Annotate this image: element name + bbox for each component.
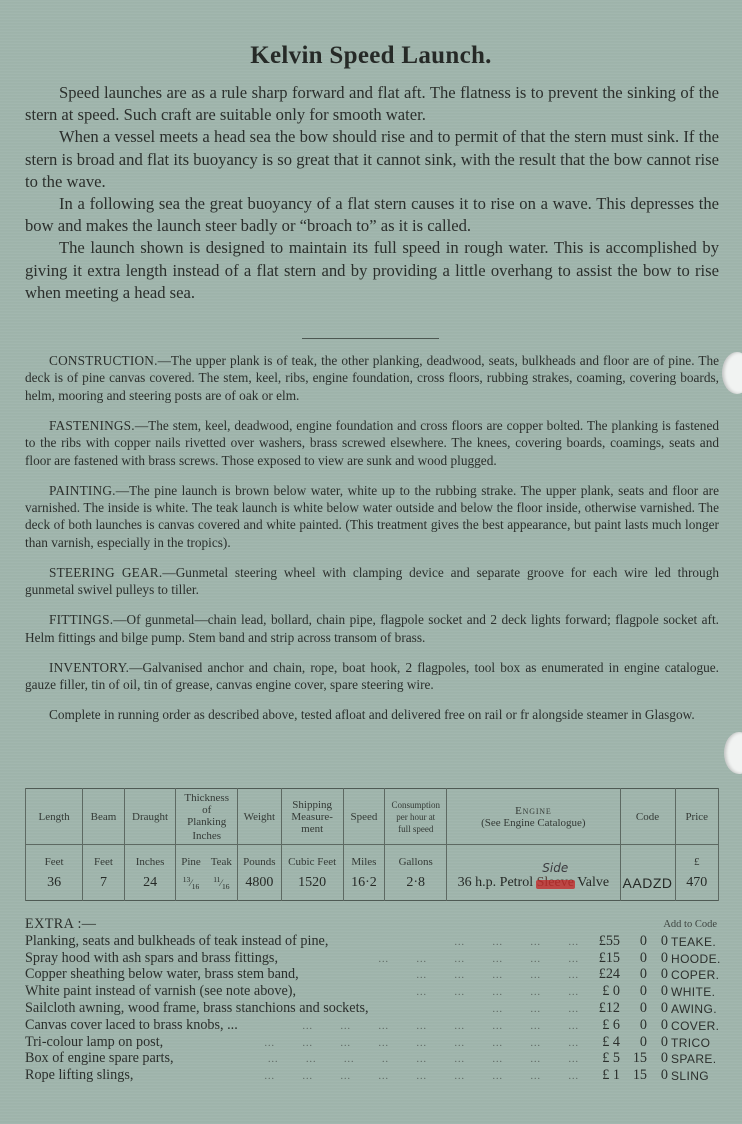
unit-code — [620, 845, 675, 871]
extra-price-shillings: 0 — [625, 933, 647, 950]
teak-fraction: 11⁄16 — [213, 878, 229, 888]
teak-numerator: 11 — [213, 875, 220, 884]
table-row: 36 7 24 13⁄16 11⁄16 4800 1520 16·2 2·8 3… — [26, 871, 719, 901]
intro-paragraph: The launch shown is designed to maintain… — [25, 237, 719, 304]
engine-struck-word: SideSleeve — [537, 875, 574, 890]
section-heading: INVENTORY. — [49, 660, 129, 675]
section-heading: PAINTING. — [49, 483, 116, 498]
col-engine: Engine (See Engine Catalogue) — [447, 789, 620, 845]
extra-code: AWING. — [671, 1001, 717, 1018]
extra-price-pounds: £24 — [582, 966, 620, 983]
extra-price-pence: 0 — [650, 1067, 668, 1084]
section-heading: FASTENINGS. — [49, 418, 135, 433]
section-text: —Galvanised anchor and chain, rope, boat… — [25, 660, 719, 692]
list-item: ... ... ... ... ... ... ... ...Canvas co… — [25, 1017, 719, 1034]
unit-length: Feet — [26, 845, 83, 871]
extra-price-shillings: 0 — [625, 966, 647, 983]
list-item: ... ... ... ...Planking, seats and bulkh… — [25, 933, 719, 950]
binder-hole — [724, 732, 742, 774]
unit-beam: Feet — [83, 845, 125, 871]
intro-text: Speed launches are as a rule sharp forwa… — [25, 82, 719, 304]
list-item: ... ... ... ... ...White paint instead o… — [25, 983, 719, 1000]
extra-price-pounds: £55 — [582, 933, 620, 950]
pine-denominator: 16 — [192, 882, 200, 891]
extra-code: COPER. — [671, 967, 719, 984]
extra-price-pounds: £15 — [582, 950, 620, 967]
extra-description: Copper sheathing below water, brass stem… — [25, 966, 299, 983]
section-inventory: INVENTORY.—Galvanised anchor and chain, … — [25, 659, 719, 694]
thickness-units: Inches — [178, 830, 235, 842]
extra-price-shillings: 15 — [625, 1050, 647, 1067]
extra-code: HOODE. — [671, 951, 721, 968]
extra-description: Spray hood with ash spars and brass fitt… — [25, 950, 278, 967]
binder-hole — [722, 352, 742, 394]
col-length: Length — [26, 789, 83, 845]
list-item: ... ... ... ... ...Copper sheathing belo… — [25, 966, 719, 983]
teak-denominator: 16 — [222, 882, 230, 891]
col-speed: Speed — [343, 789, 385, 845]
value-shipping: 1520 — [281, 871, 343, 901]
extra-description: Sailcloth awning, wood frame, brass stan… — [25, 1000, 369, 1017]
section-fastenings: FASTENINGS.—The stem, keel, deadwood, en… — [25, 417, 719, 469]
intro-paragraph: When a vessel meets a head sea the bow s… — [25, 126, 719, 193]
unit-shipping: Cubic Feet — [281, 845, 343, 871]
extra-description: White paint instead of varnish (see note… — [25, 983, 296, 1000]
unit-engine — [447, 845, 620, 871]
col-weight: Weight — [237, 789, 281, 845]
extra-description: Box of engine spare parts, — [25, 1050, 174, 1067]
section-heading: STEERING GEAR. — [49, 565, 162, 580]
extra-description: Planking, seats and bulkheads of teak in… — [25, 933, 328, 950]
section-heading: FITTINGS. — [49, 612, 113, 627]
value-speed: 16·2 — [343, 871, 385, 901]
extra-price-pounds: £ 0 — [582, 983, 620, 1000]
section-divider — [302, 338, 439, 339]
list-item: ... ... ... .. ... ... ... ... ...Box of… — [25, 1050, 719, 1067]
list-item: ... ... ... ... ... ... ... ... ...Rope … — [25, 1067, 719, 1084]
value-engine: 36 h.p. Petrol SideSleeve Valve — [447, 871, 620, 901]
section-text: —Of gunmetal—chain lead, bollard, chain … — [25, 612, 719, 644]
extra-price-pence: 0 — [650, 1034, 668, 1051]
extra-price-pounds: £ 4 — [582, 1034, 620, 1051]
value-teak: 11⁄16 — [206, 871, 238, 901]
extra-code: COVER. — [671, 1018, 719, 1035]
col-beam: Beam — [83, 789, 125, 845]
section-text: —The pine launch is brown below water, w… — [25, 483, 719, 550]
struck-text: Sleeve — [537, 875, 574, 890]
specification-table: Length Beam Draught Thickness of Plankin… — [25, 788, 719, 901]
extras-title: EXTRA :— — [25, 916, 719, 933]
table-header-row: Length Beam Draught Thickness of Plankin… — [26, 789, 719, 845]
value-weight: 4800 — [237, 871, 281, 901]
extra-code: TEAKE. — [671, 934, 716, 951]
extra-description: Rope lifting slings, — [25, 1067, 133, 1084]
unit-teak: Teak — [206, 845, 238, 871]
col-code: Code — [620, 789, 675, 845]
unit-draught: Inches — [124, 845, 176, 871]
col-thickness: Thickness of Planking Inches — [176, 789, 238, 845]
table-units-row: Feet Feet Inches Pine Teak Pounds Cubic … — [26, 845, 719, 871]
extras-list: EXTRA :— ... ... ... ...Planking, seats … — [25, 916, 719, 1084]
value-draught: 24 — [124, 871, 176, 901]
extra-price-shillings: 0 — [625, 950, 647, 967]
list-item: ... ... ... ... ... ...Spray hood with a… — [25, 950, 719, 967]
extra-price-pounds: £ 1 — [582, 1067, 620, 1084]
intro-paragraph: In a following sea the great buoyancy of… — [25, 193, 719, 237]
value-code: AADZD — [620, 871, 675, 901]
extra-description: Tri-colour lamp on post, — [25, 1034, 163, 1051]
value-price: 470 — [675, 871, 719, 901]
specification-sections: CONSTRUCTION.—The upper plank is of teak… — [25, 352, 719, 736]
col-draught: Draught — [124, 789, 176, 845]
extras-rows: ... ... ... ...Planking, seats and bulkh… — [25, 933, 719, 1084]
extra-price-pence: 0 — [650, 950, 668, 967]
extra-price-shillings: 0 — [625, 983, 647, 1000]
unit-speed: Miles — [343, 845, 385, 871]
extra-price-pence: 0 — [650, 1017, 668, 1034]
engine-subtitle: (See Engine Catalogue) — [449, 817, 617, 829]
delivery-terms: Complete in running order as described a… — [25, 706, 719, 723]
page-title: Kelvin Speed Launch. — [0, 42, 742, 70]
extra-description: Canvas cover laced to brass knobs, ... — [25, 1017, 238, 1034]
extra-code: SPARE. — [671, 1051, 717, 1068]
catalogue-page: Kelvin Speed Launch. Speed launches are … — [0, 0, 742, 1124]
handwritten-correction: Side — [537, 861, 574, 875]
extra-price-pence: 0 — [650, 1050, 668, 1067]
value-pine: 13⁄16 — [176, 871, 206, 901]
extra-price-pence: 0 — [650, 983, 668, 1000]
pine-numerator: 13 — [183, 875, 191, 884]
extra-price-pence: 0 — [650, 1000, 668, 1017]
extra-code: TRICO — [671, 1035, 710, 1052]
unit-price: £ — [675, 845, 719, 871]
extra-price-pounds: £12 — [582, 1000, 620, 1017]
extra-price-shillings: 15 — [625, 1067, 647, 1084]
value-beam: 7 — [83, 871, 125, 901]
engine-suffix: Valve — [577, 875, 609, 890]
section-fittings: FITTINGS.—Of gunmetal—chain lead, bollar… — [25, 611, 719, 646]
section-text: Complete in running order as described a… — [49, 707, 695, 722]
section-painting: PAINTING.—The pine launch is brown below… — [25, 482, 719, 552]
extra-price-shillings: 0 — [625, 1000, 647, 1017]
list-item: ... ... ...Sailcloth awning, wood frame,… — [25, 1000, 719, 1017]
unit-consumption: Gallons — [385, 845, 447, 871]
section-construction: CONSTRUCTION.—The upper plank is of teak… — [25, 352, 719, 404]
value-length: 36 — [26, 871, 83, 901]
section-steering-gear: STEERING GEAR.—Gunmetal steering wheel w… — [25, 564, 719, 599]
extra-price-pounds: £ 6 — [582, 1017, 620, 1034]
thickness-label: Thickness of Planking — [178, 792, 235, 828]
col-shipping: Shipping Measure-ment — [281, 789, 343, 845]
col-consumption: Consumption per hour at full speed — [385, 789, 447, 845]
extra-price-pence: 0 — [650, 966, 668, 983]
intro-paragraph: Speed launches are as a rule sharp forwa… — [25, 82, 719, 126]
list-item: ... ... ... ... ... ... ... ... ...Tri-c… — [25, 1034, 719, 1051]
engine-title: Engine — [449, 805, 617, 817]
pine-fraction: 13⁄16 — [183, 878, 200, 888]
section-heading: CONSTRUCTION. — [49, 353, 158, 368]
engine-prefix: 36 h.p. Petrol — [458, 875, 533, 890]
extra-code: SLING — [671, 1068, 709, 1085]
value-consumption: 2·8 — [385, 871, 447, 901]
col-price: Price — [675, 789, 719, 845]
extra-price-pounds: £ 5 — [582, 1050, 620, 1067]
extra-code: WHITE. — [671, 984, 715, 1001]
extra-price-shillings: 0 — [625, 1017, 647, 1034]
unit-weight: Pounds — [237, 845, 281, 871]
extra-price-pence: 0 — [650, 933, 668, 950]
unit-pine: Pine — [176, 845, 206, 871]
extra-price-shillings: 0 — [625, 1034, 647, 1051]
